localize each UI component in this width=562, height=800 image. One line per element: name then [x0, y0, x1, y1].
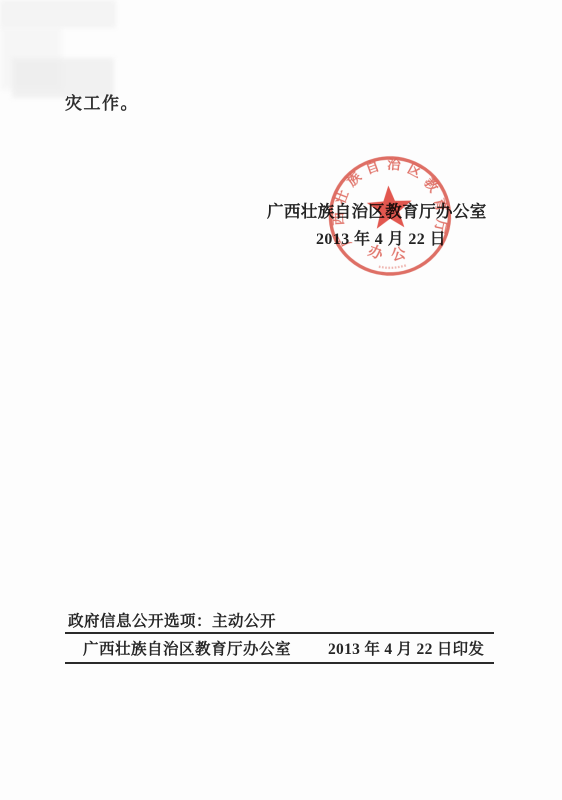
disclosure-option-text: 政府信息公开选项：主动公开 [68, 614, 276, 630]
scan-artifact [0, 0, 116, 28]
footer-divider-bottom [65, 662, 494, 664]
scan-artifact [12, 58, 114, 98]
footer-print-date: 2013 年 4 月 22 日印发 [328, 642, 484, 658]
seal-star-icon [366, 184, 413, 229]
body-end-text: 灾工作。 [65, 95, 139, 112]
footer-issuer-text: 广西壮族自治区教育厅办公室 [83, 642, 291, 658]
seal-serial-marks [379, 265, 406, 268]
document-page: 灾工作。 广西壮族自治区教育厅办公室 2013 年 4 月 22 日 广西壮族自… [0, 0, 562, 800]
footer-divider-top [65, 632, 494, 634]
official-red-seal: 广西壮族自治区教育厅 办公室 [323, 151, 457, 284]
